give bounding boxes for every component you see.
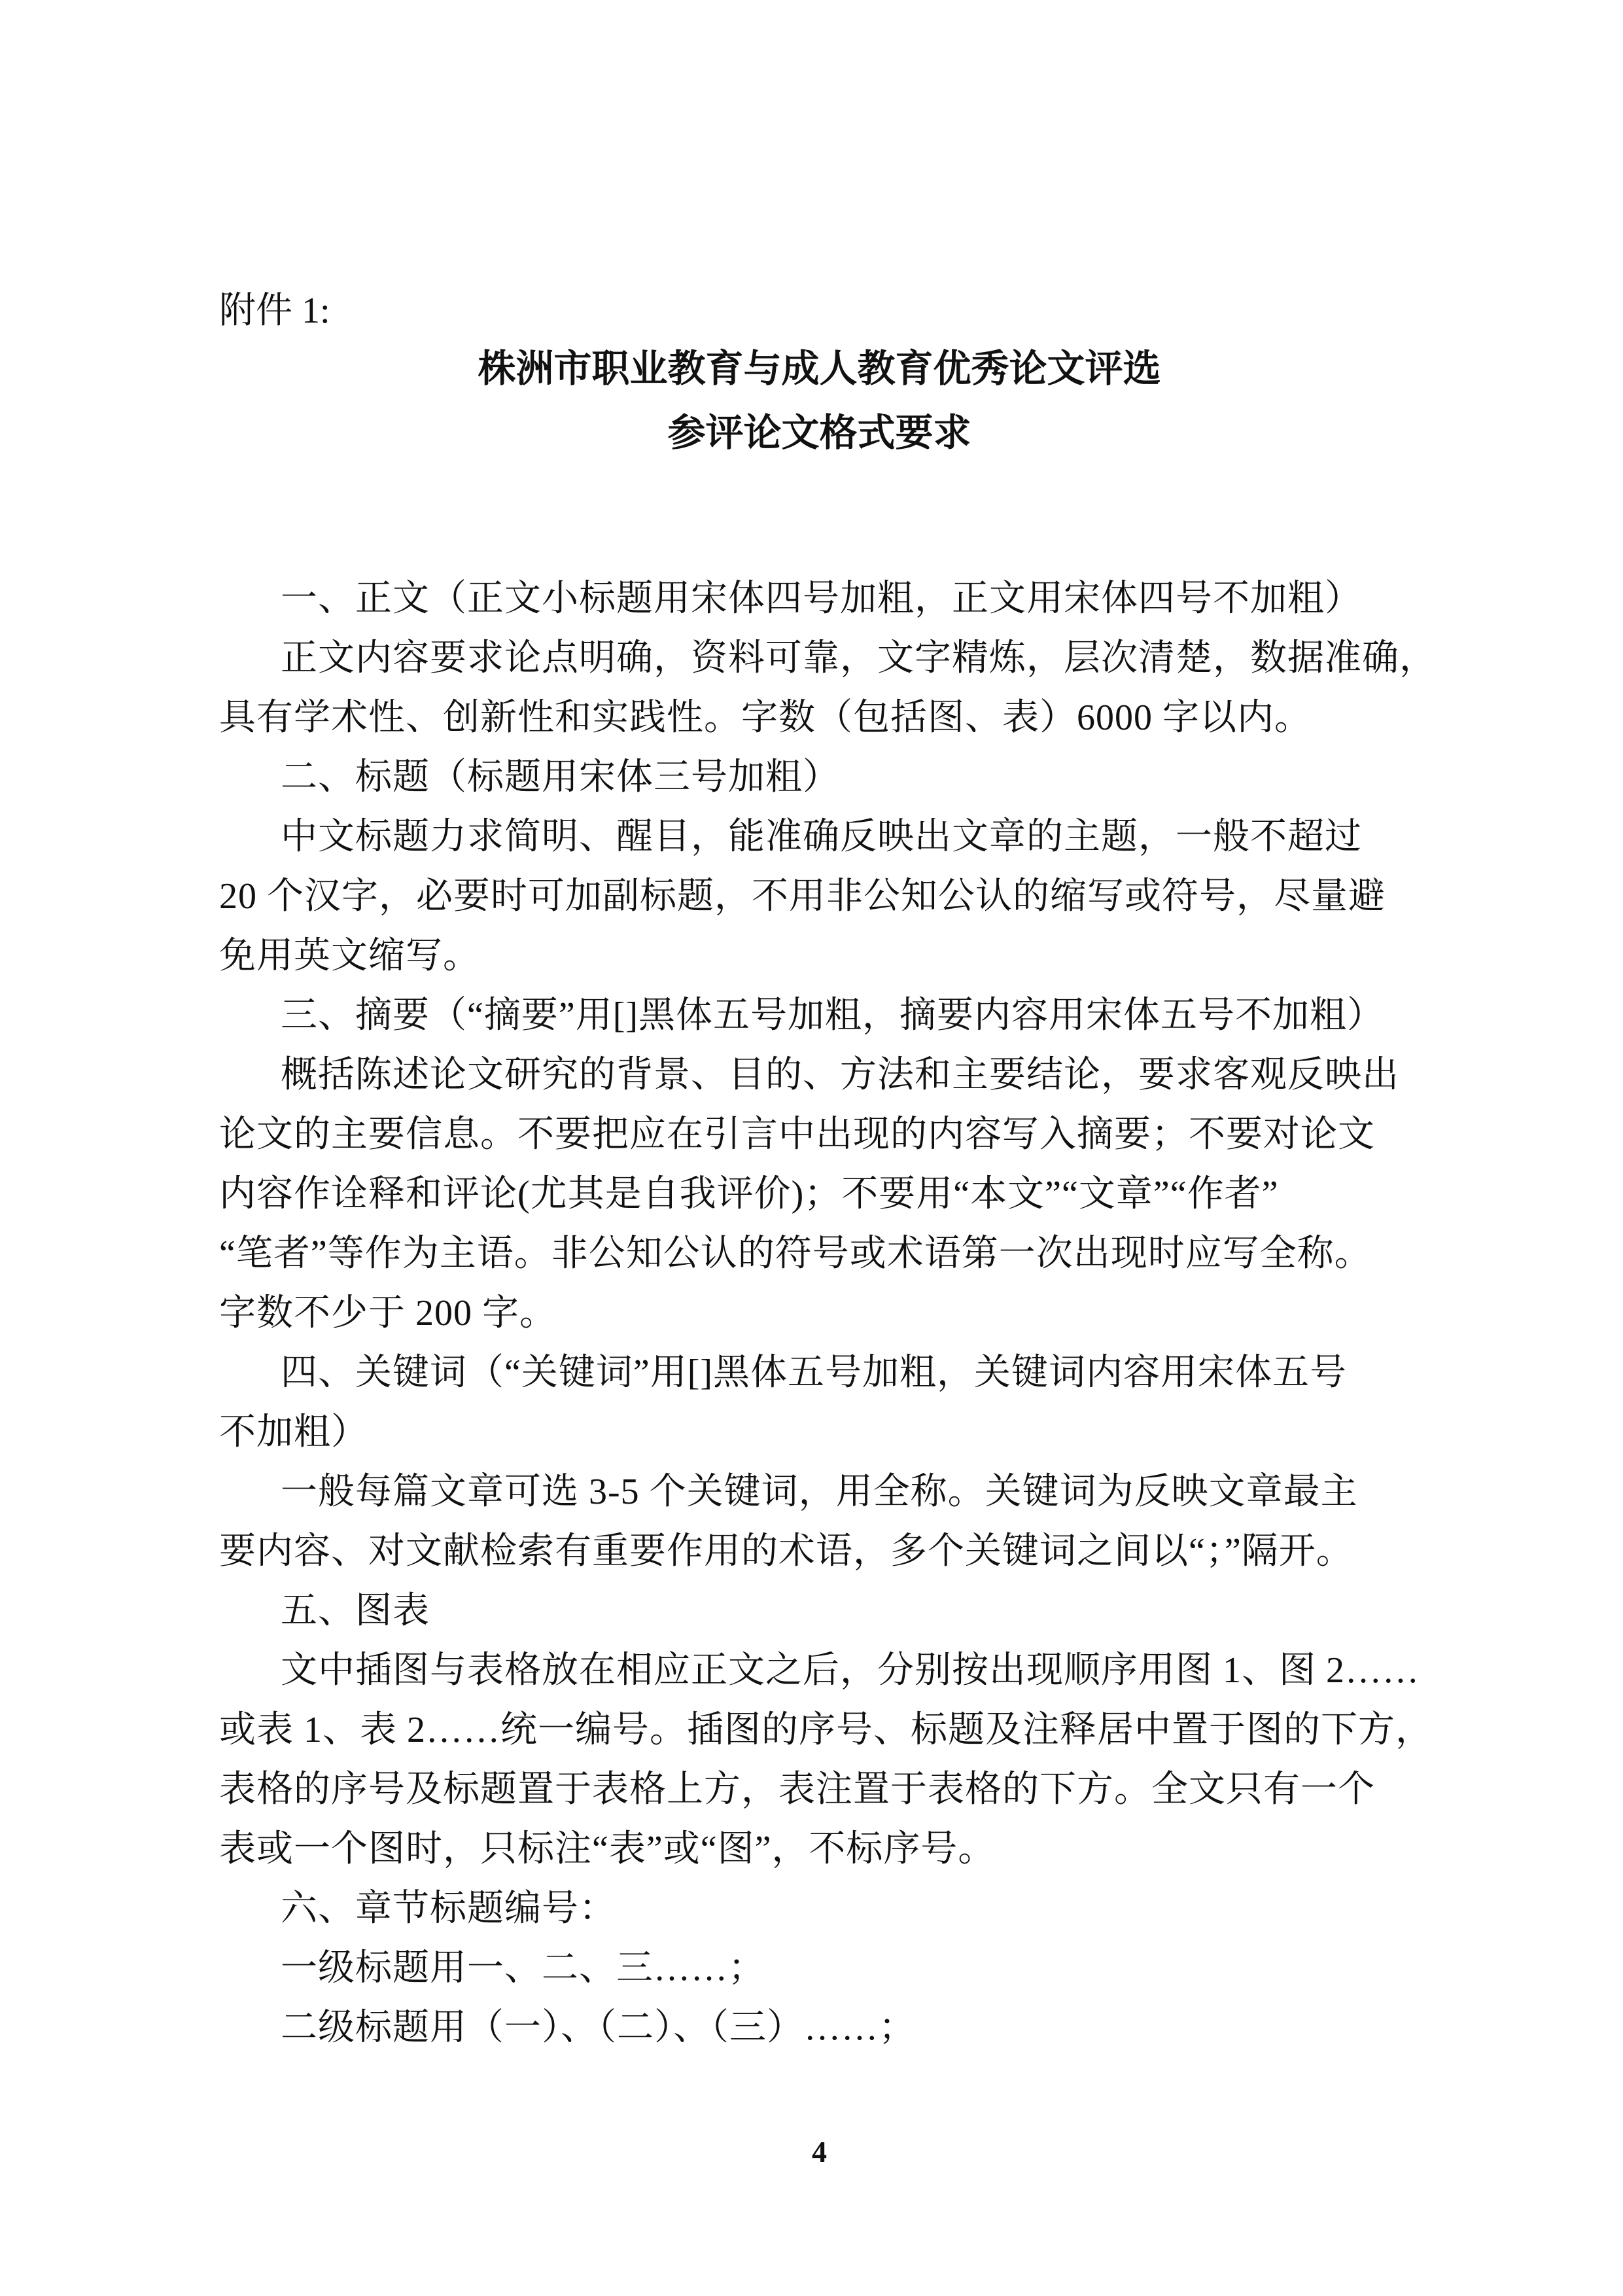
body-line: 正文内容要求论点明确，资料可靠，文字精炼，层次清楚，数据准确， [219,629,1420,688]
document-title-line1: 株洲市职业教育与成人教育优秀论文评选 [219,345,1420,393]
page-number: 4 [219,2134,1420,2170]
body-line: 免用英文缩写。 [219,927,1420,986]
body-line: 具有学术性、创新性和实践性。字数（包括图、表）6000 字以内。 [219,688,1420,748]
attachment-label: 附件 1: [219,288,330,334]
body-line: 字数不少于 200 字。 [219,1284,1420,1343]
document-body: 一、正文（正文小标题用宋体四号加粗，正文用宋体四号不加粗）正文内容要求论点明确，… [219,569,1420,2058]
body-line: 中文标题力求简明、醒目，能准确反映出文章的主题，一般不超过 [219,807,1420,867]
document-page: 附件 1: 株洲市职业教育与成人教育优秀论文评选 参评论文格式要求 一、正文（正… [0,0,1623,2296]
body-line: 表格的序号及标题置于表格上方，表注置于表格的下方。全文只有一个 [219,1760,1420,1820]
body-line: 表或一个图时，只标注“表”或“图”，不标序号。 [219,1820,1420,1879]
body-line: 一般每篇文章可选 3-5 个关键词，用全称。关键词为反映文章最主 [219,1462,1420,1522]
body-line: 六、章节标题编号： [219,1879,1420,1939]
body-line: 文中插图与表格放在相应正文之后，分别按出现顺序用图 1、图 2…… [219,1641,1420,1701]
body-line: 内容作诠释和评论(尤其是自我评价)；不要用“本文”“文章”“作者” [219,1165,1420,1224]
body-line: 或表 1、表 2……统一编号。插图的序号、标题及注释居中置于图的下方， [219,1701,1420,1760]
body-line: 概括陈述论文研究的背景、目的、方法和主要结论，要求客观反映出 [219,1046,1420,1105]
document-title-line2: 参评论文格式要求 [219,410,1420,457]
body-line: 三、摘要（“摘要”用[]黑体五号加粗，摘要内容用宋体五号不加粗） [219,986,1420,1046]
body-line: “笔者”等作为主语。非公知公认的符号或术语第一次出现时应写全称。 [219,1224,1420,1284]
body-line: 二级标题用（一）、（二）、（三）……； [219,1998,1420,2058]
body-line: 不加粗） [219,1403,1420,1462]
body-line: 20 个汉字，必要时可加副标题，不用非公知公认的缩写或符号，尽量避 [219,867,1420,927]
body-line: 一、正文（正文小标题用宋体四号加粗，正文用宋体四号不加粗） [219,569,1420,629]
body-line: 二、标题（标题用宋体三号加粗） [219,748,1420,807]
body-line: 四、关键词（“关键词”用[]黑体五号加粗，关键词内容用宋体五号 [219,1343,1420,1403]
body-line: 五、图表 [219,1581,1420,1641]
body-line: 论文的主要信息。不要把应在引言中出现的内容写入摘要；不要对论文 [219,1105,1420,1165]
body-line: 要内容、对文献检索有重要作用的术语，多个关键词之间以“；”隔开。 [219,1522,1420,1581]
body-line: 一级标题用一、二、三……； [219,1939,1420,1998]
